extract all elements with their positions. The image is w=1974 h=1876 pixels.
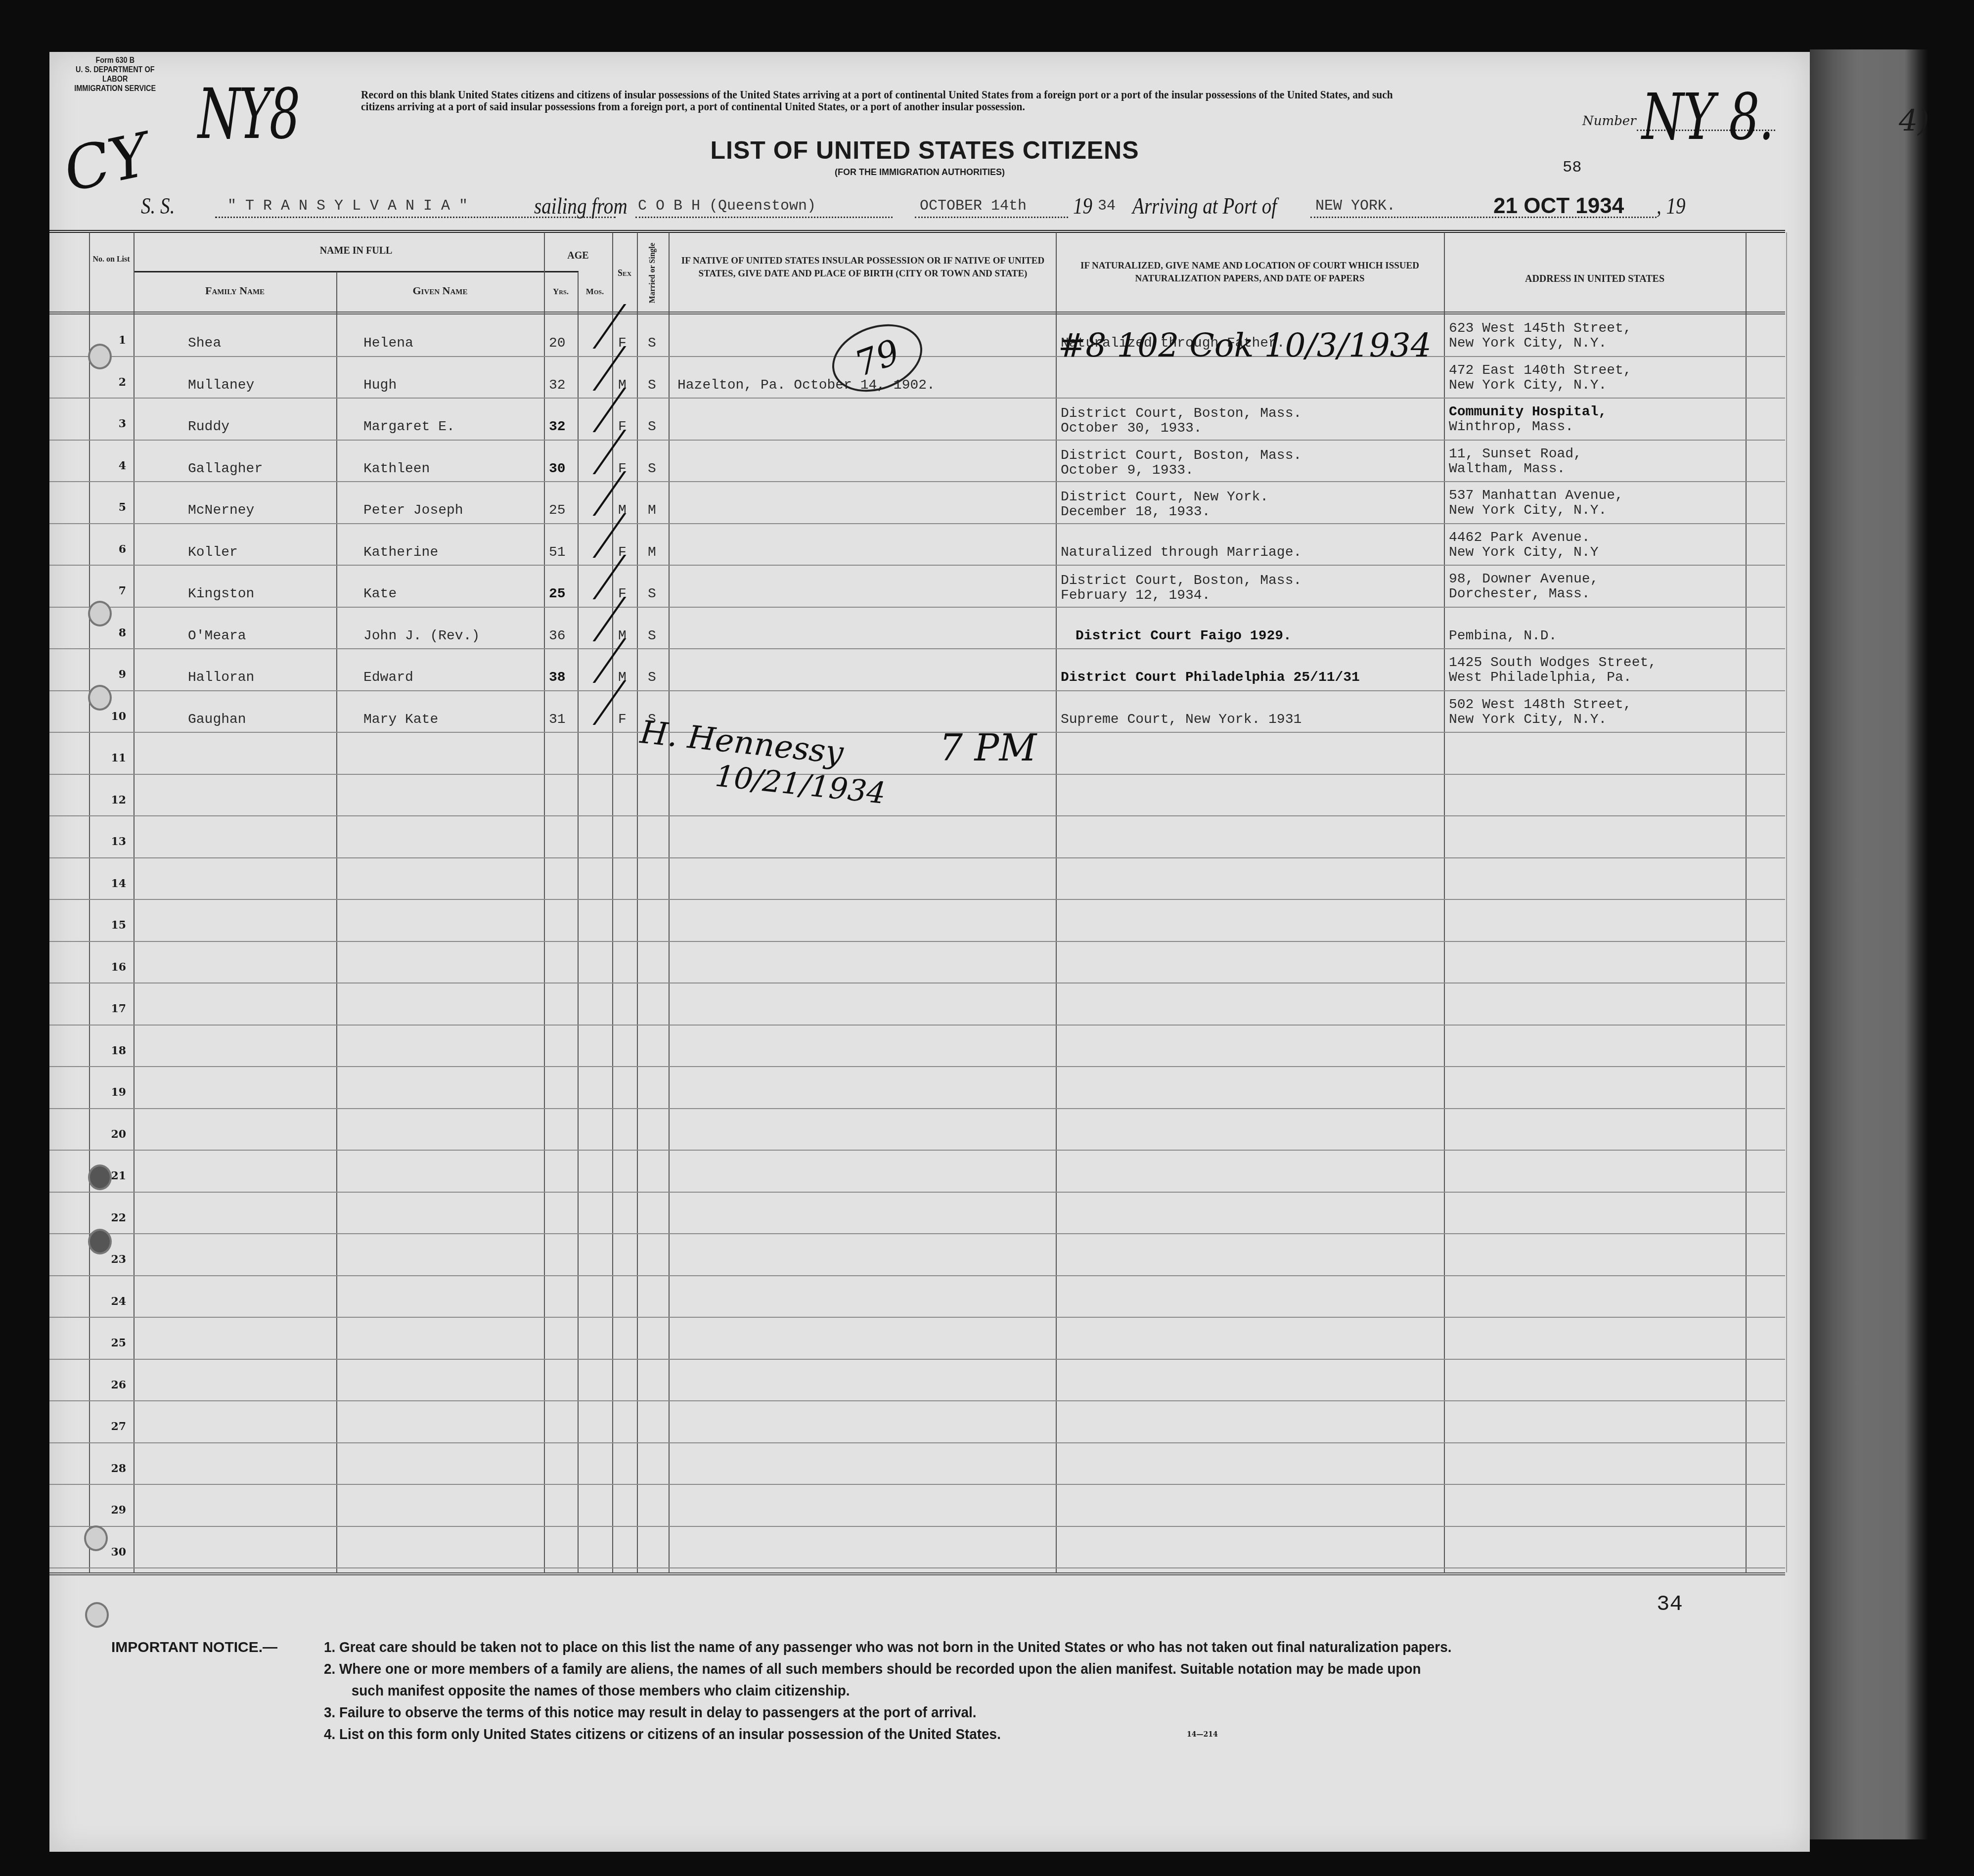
naturalization-line: Naturalized through Marriage. xyxy=(1061,545,1301,560)
naturalization-line: District Court Philadelphia 25/11/31 xyxy=(1061,670,1360,685)
age-years: 31 xyxy=(549,713,566,727)
given-name: Margaret E. xyxy=(363,420,455,435)
address-line: Dorchester, Mass. xyxy=(1449,587,1590,602)
row-number: 26 xyxy=(96,1379,126,1391)
col-line-no xyxy=(134,232,135,1572)
print-code: 14—214 xyxy=(1187,1731,1218,1739)
address-line: 502 West 148th Street, xyxy=(1449,698,1632,713)
punch-hole xyxy=(88,685,112,711)
row-divider xyxy=(49,398,1785,399)
row-divider xyxy=(49,983,1785,983)
header-married-or-single: Married or Single xyxy=(647,238,659,308)
address-line: Pembina, N.D. xyxy=(1449,629,1557,644)
row-number: 9 xyxy=(96,668,126,681)
row-number: 19 xyxy=(96,1086,126,1099)
family-name: Ruddy xyxy=(188,420,229,435)
address-line: New York City, N.Y. xyxy=(1449,336,1607,351)
notice-item-2: 2. Where one or more members of a family… xyxy=(324,1658,1658,1680)
address-line: Winthrop, Mass. xyxy=(1449,420,1573,435)
header-family-name: Family Name xyxy=(134,285,336,297)
ship-name: " T R A N S Y L V A N I A " xyxy=(227,198,468,215)
header-age: AGE xyxy=(544,250,612,262)
row-number: 25 xyxy=(96,1337,126,1349)
given-name: Katherine xyxy=(363,545,438,560)
arriving-label: Arriving at Port of xyxy=(1132,193,1277,219)
row-divider xyxy=(49,732,1785,733)
given-name: Edward xyxy=(363,670,413,685)
sheet-number: 58 xyxy=(1563,158,1581,177)
row-number: 17 xyxy=(96,1002,126,1015)
header-birth: IF NATIVE OF UNITED STATES INSULAR POSSE… xyxy=(677,255,1048,280)
row-number: 27 xyxy=(96,1420,126,1433)
naturalization-line: October 30, 1933. xyxy=(1061,421,1202,436)
header-bottom-border xyxy=(49,312,1785,314)
age-years: 51 xyxy=(549,545,566,560)
address-line: 623 West 145th Street, xyxy=(1449,321,1632,336)
age-years: 30 xyxy=(549,462,566,477)
row-divider xyxy=(49,815,1785,816)
row-divider xyxy=(49,1442,1785,1443)
header-sex: Sex xyxy=(612,267,637,279)
col-line-family xyxy=(336,272,337,1572)
naturalization-line: District Court, Boston, Mass. xyxy=(1061,574,1301,588)
age-years: 32 xyxy=(549,420,566,435)
department-name: U. S. DEPARTMENT OF LABOR xyxy=(67,65,164,84)
header-mos: Mos. xyxy=(578,286,612,298)
header-name-in-full: NAME IN FULL xyxy=(134,245,579,257)
row-number: 22 xyxy=(96,1211,126,1224)
row-number: 3 xyxy=(96,417,126,430)
address-line: West Philadelphia, Pa. xyxy=(1449,670,1632,685)
address-line: New York City, N.Y. xyxy=(1449,378,1607,393)
punch-hole xyxy=(85,1602,109,1628)
departure-port: C O B H (Queenstown) xyxy=(638,198,816,215)
row-divider xyxy=(49,1150,1785,1151)
given-name: John J. (Rev.) xyxy=(363,629,480,644)
row-number: 20 xyxy=(96,1128,126,1141)
age-years: 25 xyxy=(549,503,566,518)
family-name: Gaughan xyxy=(188,713,246,727)
row-number: 7 xyxy=(96,584,126,597)
family-name: Gallagher xyxy=(188,462,263,477)
row-divider xyxy=(49,774,1785,775)
punch-hole xyxy=(88,1229,112,1254)
row-number: 28 xyxy=(96,1462,126,1475)
service-name: IMMIGRATION SERVICE xyxy=(67,84,164,93)
address-line: 98, Downer Avenue, xyxy=(1449,572,1598,587)
table-bottom-border xyxy=(49,1572,1785,1575)
row-number: 24 xyxy=(96,1295,126,1308)
circled-number-text: 79 xyxy=(850,331,905,385)
naturalization-line: District Court Faigo 1929. xyxy=(1076,629,1292,644)
address-line: 472 East 140th Street, xyxy=(1449,363,1632,378)
row-divider xyxy=(49,1317,1785,1318)
header-no-on-list: No. on List xyxy=(91,255,131,265)
given-name: Hugh xyxy=(363,378,397,393)
row-divider xyxy=(49,1400,1785,1401)
year-suffix: 34 xyxy=(1098,198,1116,215)
family-name: Shea xyxy=(188,336,221,351)
punch-hole xyxy=(88,601,112,626)
sailing-from-label: sailing from xyxy=(534,193,628,219)
naturalization-line: District Court, Boston, Mass. xyxy=(1061,406,1301,421)
naturalization-line: Supreme Court, New York. 1931 xyxy=(1061,713,1301,727)
row-number: 5 xyxy=(96,501,126,514)
family-name: O'Meara xyxy=(188,629,246,644)
form-number: Form 630 B xyxy=(67,55,164,65)
ss-label: S. S. xyxy=(141,193,175,219)
row-divider xyxy=(49,607,1785,608)
row-number: 12 xyxy=(96,794,126,806)
given-name: Mary Kate xyxy=(363,713,438,727)
row-number: 10 xyxy=(96,710,126,723)
naturalization-line: District Court, New York. xyxy=(1061,490,1268,505)
given-name: Kate xyxy=(363,587,397,602)
address-line: New York City, N.Y. xyxy=(1449,713,1607,727)
row-divider xyxy=(49,440,1785,441)
number-label: Number xyxy=(1582,114,1636,129)
row-number: 8 xyxy=(96,626,126,639)
row-divider xyxy=(49,523,1785,524)
notice-lead: IMPORTANT NOTICE.— xyxy=(111,1637,277,1658)
punch-hole xyxy=(88,344,112,369)
col-line-naturalization xyxy=(1444,232,1445,1572)
row-number: 11 xyxy=(96,752,126,764)
row-divider xyxy=(49,899,1785,900)
row-number: 29 xyxy=(96,1504,126,1517)
row-divider xyxy=(49,1025,1785,1026)
family-name: Koller xyxy=(188,545,238,560)
col-line-address xyxy=(1746,232,1747,1572)
naturalization-line: February 12, 1934. xyxy=(1061,588,1210,603)
row-divider xyxy=(49,1567,1785,1568)
address-line: 1425 South Wodges Street, xyxy=(1449,656,1657,670)
header-yrs: Yrs. xyxy=(544,286,578,298)
given-name: Helena xyxy=(363,336,413,351)
row-divider xyxy=(49,1526,1785,1527)
address-line: 4462 Park Avenue. xyxy=(1449,531,1590,545)
row-divider xyxy=(49,565,1785,566)
naturalization-line: October 9, 1933. xyxy=(1061,463,1194,478)
header-address: ADDRESS IN UNITED STATES xyxy=(1444,273,1746,285)
row-divider xyxy=(49,690,1785,691)
voyage-line: S. S. " T R A N S Y L V A N I A " sailin… xyxy=(89,193,1721,223)
address-line: Community Hospital, xyxy=(1449,405,1607,420)
header-naturalization: IF NATURALIZED, GIVE NAME AND LOCATION O… xyxy=(1061,260,1439,285)
age-years: 32 xyxy=(549,378,566,393)
row-divider xyxy=(49,1484,1785,1485)
row-number: 2 xyxy=(96,376,126,389)
handwritten-number-value: NY 8. xyxy=(1642,79,1773,154)
row-number: 18 xyxy=(96,1044,126,1057)
age-years: 25 xyxy=(549,587,566,602)
family-name: Kingston xyxy=(188,587,254,602)
handwritten-naturalization-note: #8 102 Cok 10/3/1934 xyxy=(1058,326,1432,364)
arrival-port-line xyxy=(1310,217,1657,218)
address-line: New York City, N.Y. xyxy=(1449,503,1607,518)
notice-item-4: 4. List on this form only United States … xyxy=(324,1724,1658,1745)
ledger-binding-edge xyxy=(1810,49,1929,1839)
notice-item-2-cont: such manifest opposite the names of thos… xyxy=(324,1680,1658,1702)
handwritten-ny8-left: NY8 xyxy=(198,74,299,155)
form-identifier: Form 630 B U. S. DEPARTMENT OF LABOR IMM… xyxy=(67,55,164,93)
arrival-date-stamp: 21 OCT 1934 xyxy=(1493,194,1624,219)
row-number: 14 xyxy=(96,877,126,890)
given-name: Kathleen xyxy=(363,462,430,477)
document-subtitle: (FOR THE IMMIGRATION AUTHORITIES) xyxy=(771,167,1068,178)
row-divider xyxy=(49,1233,1785,1234)
row-number: 13 xyxy=(96,835,126,848)
col-line-given xyxy=(544,232,545,1572)
handwritten-edge-mark: 4) xyxy=(1899,104,1929,138)
row-number: 6 xyxy=(96,543,126,556)
family-name: Halloran xyxy=(188,670,254,685)
row-divider xyxy=(49,1066,1785,1067)
age-years: 36 xyxy=(549,629,566,644)
departure-date: OCTOBER 14th xyxy=(920,198,1027,215)
instructions-text: Record on this blank United States citiz… xyxy=(361,89,1409,113)
notice-item-3: 3. Failure to observe the terms of this … xyxy=(324,1702,1658,1724)
row-number: 23 xyxy=(96,1253,126,1266)
age-years: 20 xyxy=(549,336,566,351)
age-years: 38 xyxy=(549,670,566,685)
year-prefix: 19 xyxy=(1073,193,1092,219)
address-line: Waltham, Mass. xyxy=(1449,462,1565,477)
family-name: McNerney xyxy=(188,503,254,518)
notice-item-1: 1. Great care should be taken not to pla… xyxy=(324,1637,1658,1658)
row-divider xyxy=(49,1275,1785,1276)
row-divider xyxy=(49,1108,1785,1109)
name-header-divider xyxy=(134,271,579,272)
row-divider xyxy=(49,857,1785,858)
address-line: 11, Sunset Road, xyxy=(1449,447,1582,462)
row-divider xyxy=(49,648,1785,649)
col-line-mos xyxy=(612,232,613,1572)
naturalization-line: District Court, Boston, Mass. xyxy=(1061,448,1301,463)
row-divider xyxy=(49,1359,1785,1360)
family-name: Mullaney xyxy=(188,378,254,393)
address-line: New York City, N.Y xyxy=(1449,545,1598,560)
document-title: LIST OF UNITED STATES CITIZENS xyxy=(653,136,1197,165)
col-line-edge xyxy=(1786,232,1787,1572)
row-divider xyxy=(49,481,1785,482)
departure-port-line xyxy=(635,217,893,218)
trailing-year: , 19 xyxy=(1657,193,1686,219)
row-number: 16 xyxy=(96,961,126,974)
row-number: 15 xyxy=(96,919,126,932)
handwritten-time: 7 PM xyxy=(940,727,1036,769)
punch-hole xyxy=(84,1525,108,1551)
row-divider xyxy=(49,941,1785,942)
page-number: 34 xyxy=(1657,1592,1683,1617)
table-top-border xyxy=(49,230,1785,233)
row-number: 4 xyxy=(96,459,126,472)
given-name: Peter Joseph xyxy=(363,503,463,518)
punch-hole xyxy=(88,1164,112,1190)
naturalization-line: December 18, 1933. xyxy=(1061,505,1210,520)
row-divider xyxy=(49,1192,1785,1193)
header-given-name: Given Name xyxy=(336,285,544,297)
ship-name-line xyxy=(215,217,616,218)
notice-items: 1. Great care should be taken not to pla… xyxy=(324,1637,1658,1745)
col-line-yrs xyxy=(578,272,579,1572)
departure-date-line xyxy=(915,217,1068,218)
arrival-port: NEW YORK. xyxy=(1315,198,1395,215)
col-line-margin xyxy=(89,232,90,1572)
address-line: 537 Manhattan Avenue, xyxy=(1449,489,1623,503)
col-line-birth xyxy=(1056,232,1057,1572)
